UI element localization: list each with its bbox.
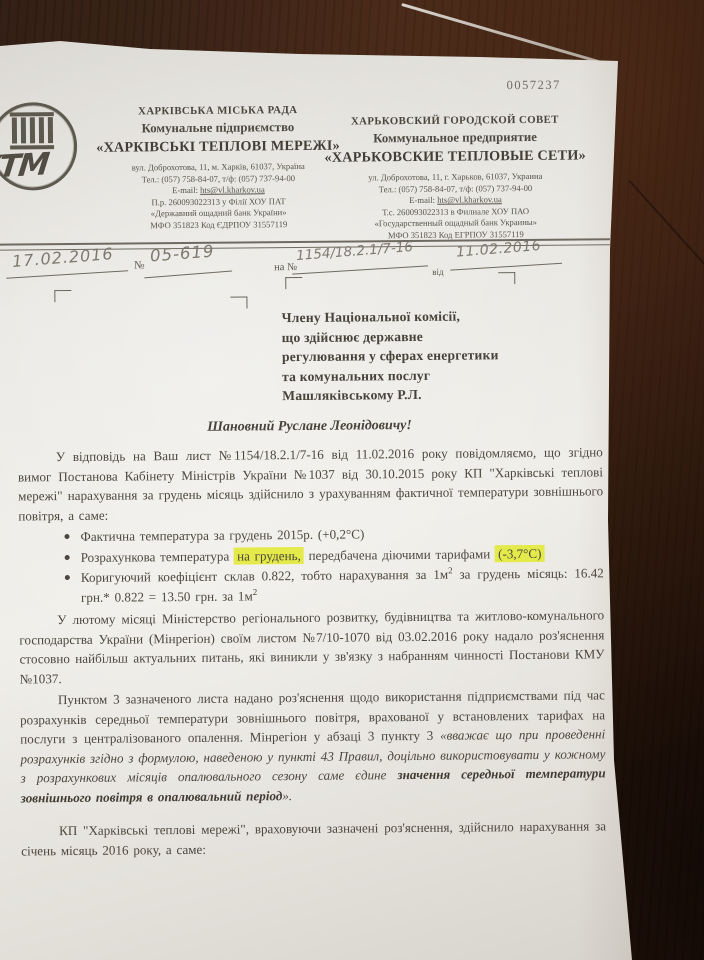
body-paragraph-4: КП "Харківські теплові мережі", враховую… bbox=[21, 816, 606, 860]
body-paragraph-2: У лютому місяці Міністерство регіонально… bbox=[19, 605, 605, 688]
letterhead-right: ХАРЬКОВСКИЙ ГОРОДСКОЙ СОВЕТ Коммунальное… bbox=[309, 113, 602, 242]
addressee-line-3: регулювання у сферах енергетики bbox=[282, 345, 582, 367]
wood-seam bbox=[629, 180, 704, 322]
ref-underline bbox=[6, 269, 128, 278]
corner-mark-icon bbox=[230, 296, 247, 308]
logo-text: ХТМ bbox=[0, 146, 49, 186]
addressee-block: Члену Національної комісії, що здійснює … bbox=[281, 306, 582, 407]
addressee-line-2: що здійснює державне bbox=[282, 325, 582, 347]
ref-underline bbox=[292, 264, 428, 274]
email-label: E-mail: bbox=[172, 185, 198, 195]
salutation: Шановний Руслане Леонідовичу! bbox=[19, 416, 599, 437]
addressee-line-5: Машляківському Р.Л. bbox=[282, 384, 582, 406]
council-name: ХАРЬКОВСКИЙ ГОРОДСКОЙ СОВЕТ bbox=[309, 113, 601, 128]
email-address: hts@vl.kharkov.ua bbox=[200, 184, 265, 195]
addressee-line-1: Члену Національної комісії, bbox=[281, 306, 581, 328]
body-paragraph-3: Пунктом 3 зазначеного листа надано роз'я… bbox=[20, 685, 606, 807]
highlight-temperature: (-3,7°С) bbox=[495, 544, 545, 561]
bullet-dot-icon bbox=[64, 534, 69, 539]
bullet-item-3: Коригуючий коефіцієнт склав 0.822, тобто… bbox=[19, 563, 604, 607]
body-paragraph-1: У відповідь на Ваш лист №1154/18.2.1/7-1… bbox=[18, 442, 604, 525]
ref-number-label: № bbox=[134, 259, 145, 271]
addressee-line-4: та комунальних послуг bbox=[282, 364, 582, 386]
ref-underline bbox=[144, 270, 232, 279]
document-paper: 0057237 ХТМ ХАРКІВСЬКА МІСЬКА РАДА bbox=[0, 0, 704, 960]
corner-mark-icon bbox=[285, 277, 302, 289]
ref-outgoing-number-handwritten: 05-619 bbox=[149, 242, 215, 266]
khtm-logo: ХТМ bbox=[0, 100, 86, 205]
bullet-dot-icon bbox=[65, 555, 70, 560]
ref-underline bbox=[450, 262, 562, 271]
stamp-number: 0057237 bbox=[507, 78, 561, 93]
bullet-dot-icon bbox=[65, 575, 70, 580]
org-type: Коммунальное предприятие bbox=[309, 129, 601, 147]
bullet-list: Фактична температура за грудень 2015р. (… bbox=[18, 522, 604, 607]
ref-of-label: від bbox=[432, 267, 443, 277]
photo-background: 0057237 ХТМ ХАРКІВСЬКА МІСЬКА РАДА bbox=[0, 0, 704, 960]
email-label: E-mail: bbox=[409, 195, 435, 205]
corner-mark-icon bbox=[54, 290, 71, 302]
letter-body: У відповідь на Ваш лист №1154/18.2.1/7-1… bbox=[18, 442, 607, 862]
email-address: hts@vl.kharkov.ua bbox=[437, 194, 502, 205]
corner-mark-icon bbox=[498, 272, 515, 284]
highlight-na-gruden: на грудень, bbox=[234, 546, 304, 564]
document-content: 0057237 ХТМ ХАРКІВСЬКА МІСЬКА РАДА bbox=[0, 0, 704, 960]
company-name: «ХАРЬКОВСКИЕ ТЕПЛОВЫЕ СЕТИ» bbox=[309, 147, 601, 167]
thread-line-icon bbox=[401, 3, 600, 63]
